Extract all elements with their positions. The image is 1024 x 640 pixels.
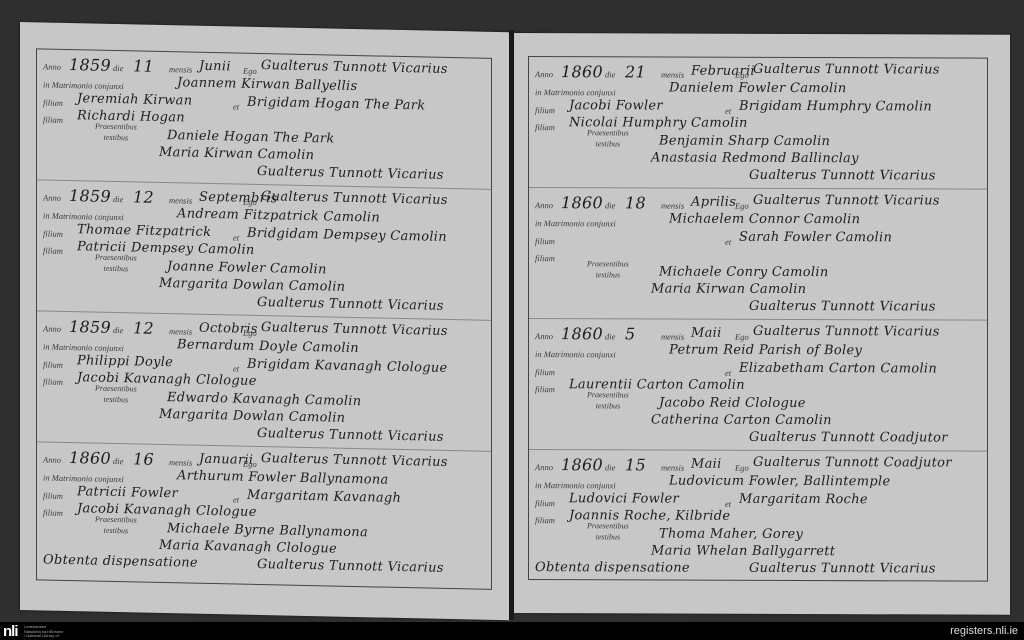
witness-1: Thoma Maher, Gorey — [659, 527, 803, 543]
in-matrimonio-label: in Matrimonio conjunxi — [535, 87, 616, 97]
groom-father: Patricii Fowler — [77, 484, 178, 501]
entry-year: 1860 — [561, 62, 603, 81]
marriage-entry: Anno 1860 die 5 mensis Maii Ego Gualteru… — [529, 319, 987, 452]
entry-month: Maii — [691, 457, 722, 472]
entry-year: 1859 — [69, 186, 111, 206]
officiating-priest: Gualterus Tunnott Vicarius — [261, 189, 448, 208]
priest-signature: Gualterus Tunnott Vicarius — [257, 557, 444, 576]
dispensation-note: Obtenta dispensatione — [535, 560, 690, 576]
ego-label: Ego — [243, 66, 257, 76]
anno-label: Anno — [535, 331, 553, 341]
entry-month: Maii — [691, 326, 722, 341]
entry-year: 1860 — [561, 324, 603, 343]
priest-signature: Gualterus Tunnott Vicarius — [749, 561, 936, 577]
entry-year: 1860 — [561, 193, 603, 212]
filium-label: filium — [43, 359, 63, 369]
et-label: et — [233, 232, 239, 242]
entry-day: 18 — [625, 193, 646, 212]
bride-name: Brigidam Humphry Camolin — [739, 99, 932, 115]
in-matrimonio-label: in Matrimonio conjunxi — [535, 480, 616, 490]
witnesses-label: Praesentibus testibus — [95, 252, 137, 275]
priest-signature: Gualterus Tunnott Vicarius — [257, 426, 444, 445]
groom-name: Ludovicum Fowler, Ballintemple — [669, 474, 891, 490]
die-label: die — [605, 331, 615, 341]
witness-1: Michaele Byrne Ballynamona — [167, 521, 368, 540]
register-image-viewer[interactable]: Anno 1859 die 11 mensis Junii Ego Gualte… — [0, 0, 1024, 622]
in-matrimonio-label: in Matrimonio conjunxi — [535, 218, 616, 228]
entry-day: 12 — [133, 318, 154, 337]
left-page-frame: Anno 1859 die 11 mensis Junii Ego Gualte… — [36, 48, 492, 590]
filiam-label: filiam — [535, 515, 555, 525]
et-label: et — [725, 368, 731, 378]
mensis-label: mensis — [661, 463, 684, 473]
in-matrimonio-label: in Matrimonio conjunxi — [535, 349, 616, 359]
witnesses-label: Praesentibus testibus — [95, 383, 137, 406]
filiam-label: filiam — [535, 384, 555, 394]
footer-bar: nli Leabharlann Náisiúnta na hÉireann / … — [0, 622, 1024, 640]
et-label: et — [233, 494, 239, 504]
witness-1: Edwardo Kavanagh Camolin — [167, 390, 361, 409]
filiam-label: filiam — [43, 114, 63, 124]
anno-label: Anno — [43, 61, 61, 71]
officiating-priest: Gualterus Tunnott Vicarius — [753, 62, 940, 78]
priest-signature: Gualterus Tunnott Vicarius — [257, 295, 444, 314]
right-page-frame: Anno 1860 die 21 mensis Februarii Ego Gu… — [528, 56, 988, 582]
groom-name: Joannem Kirwan Ballyellis — [177, 75, 357, 94]
filiam-label: filiam — [43, 376, 63, 386]
officiating-priest: Gualterus Tunnott Vicarius — [261, 451, 448, 470]
witness-2: Anastasia Redmond Ballinclay — [651, 150, 859, 166]
die-label: die — [605, 462, 615, 472]
entry-year: 1859 — [69, 317, 111, 337]
dispensation-note: Obtenta dispensatione — [43, 552, 198, 570]
die-label: die — [605, 200, 615, 210]
marriage-entry: Anno 1859 die 12 mensis Octobris Ego Gua… — [37, 311, 491, 452]
filium-label: filium — [535, 105, 555, 115]
witness-1: Benjamin Sharp Camolin — [659, 134, 830, 150]
groom-father: Philippi Doyle — [77, 353, 173, 370]
in-matrimonio-label: in Matrimonio conjunxi — [43, 341, 124, 353]
witness-2: Maria Kavanagh Clologue — [159, 538, 337, 557]
witness-1: Joanne Fowler Camolin — [167, 259, 327, 277]
bride-name: Sarah Fowler Camolin — [739, 230, 892, 246]
groom-name: Arthurum Fowler Ballynamona — [177, 468, 389, 487]
ego-label: Ego — [243, 197, 257, 207]
officiating-priest: Gualterus Tunnott Vicarius — [261, 320, 448, 339]
bride-name: Brigidam Hogan The Park — [247, 95, 425, 114]
officiating-priest: Gualterus Tunnott Vicarius — [261, 58, 448, 77]
marriage-entry: Anno 1860 die 15 mensis Maii Ego Gualter… — [529, 450, 987, 582]
bride-name: Margaritam Kavanagh — [247, 488, 401, 506]
ego-label: Ego — [243, 328, 257, 338]
bride-name: Margaritam Roche — [739, 492, 868, 507]
entry-month: Junii — [199, 59, 231, 75]
witness-2: Maria Whelan Ballygarrett — [651, 543, 835, 559]
witnesses-label: Praesentibus testibus — [587, 389, 629, 411]
ego-label: Ego — [735, 70, 749, 80]
et-label: et — [725, 499, 731, 509]
nli-logo[interactable]: nli — [3, 624, 18, 639]
ego-label: Ego — [243, 459, 257, 469]
et-label: et — [725, 237, 731, 247]
witness-2: Margarita Dowlan Camolin — [159, 276, 345, 295]
in-matrimonio-label: in Matrimonio conjunxi — [43, 472, 124, 484]
marriage-entry: Anno 1859 die 12 mensis Septembris Ego G… — [37, 180, 491, 321]
entry-day: 16 — [133, 449, 154, 468]
entry-year: 1859 — [69, 55, 111, 75]
die-label: die — [113, 63, 123, 73]
mensis-label: mensis — [169, 326, 192, 336]
priest-signature: Gualterus Tunnott Coadjutor — [749, 430, 948, 446]
mensis-label: mensis — [661, 201, 684, 211]
in-matrimonio-label: in Matrimonio conjunxi — [43, 210, 124, 222]
et-label: et — [725, 106, 731, 116]
groom-name: Bernardum Doyle Camolin — [177, 337, 359, 356]
entry-day: 11 — [133, 56, 154, 75]
priest-signature: Gualterus Tunnott Vicarius — [749, 299, 936, 315]
witness-1: Jacobo Reid Clologue — [659, 396, 806, 412]
witnesses-label: Praesentibus testibus — [95, 514, 137, 537]
witness-1: Daniele Hogan The Park — [167, 128, 335, 147]
anno-label: Anno — [535, 462, 553, 472]
groom-name: Michaelem Connor Camolin — [669, 212, 860, 228]
witness-2: Maria Kirwan Camolin — [159, 145, 314, 163]
marriage-entry: Anno 1860 die 21 mensis Februarii Ego Gu… — [529, 57, 987, 190]
et-label: et — [233, 101, 239, 111]
filium-label: filium — [43, 228, 63, 238]
witnesses-label: Praesentibus testibus — [95, 121, 137, 144]
et-label: et — [233, 363, 239, 373]
left-register-page: Anno 1859 die 11 mensis Junii Ego Gualte… — [20, 22, 510, 620]
site-link[interactable]: registers.nli.ie — [950, 625, 1018, 637]
entry-year: 1860 — [69, 448, 111, 468]
witnesses-label: Praesentibus testibus — [587, 520, 629, 542]
officiating-priest: Gualterus Tunnott Vicarius — [753, 324, 940, 340]
die-label: die — [113, 194, 123, 204]
mensis-label: mensis — [661, 332, 684, 342]
groom-name: Petrum Reid Parish of Boley — [669, 343, 862, 359]
bride-name: Brigidam Kavanagh Clologue — [247, 357, 448, 376]
marriage-entry: Anno 1860 die 16 mensis Januarii Ego Gua… — [37, 442, 491, 582]
ego-label: Ego — [735, 201, 749, 211]
groom-name: Danielem Fowler Camolin — [669, 81, 847, 97]
anno-label: Anno — [43, 323, 61, 333]
filiam-label: filiam — [43, 507, 63, 517]
bride-name: Bridgidam Dempsey Camolin — [247, 226, 447, 245]
in-matrimonio-label: in Matrimonio conjunxi — [43, 79, 124, 91]
entry-day: 12 — [133, 187, 154, 206]
nli-logo-subtitle: Leabharlann Náisiúnta na hÉireann / Nati… — [24, 625, 64, 640]
die-label: die — [113, 456, 123, 466]
die-label: die — [605, 69, 615, 79]
mensis-label: mensis — [661, 70, 684, 80]
anno-label: Anno — [535, 69, 553, 79]
anno-label: Anno — [43, 454, 61, 464]
entry-day: 5 — [625, 324, 635, 343]
officiating-priest: Gualterus Tunnott Vicarius — [753, 193, 940, 209]
marriage-entry: Anno 1859 die 11 mensis Junii Ego Gualte… — [37, 49, 491, 190]
filiam-label: filiam — [43, 245, 63, 255]
die-label: die — [113, 325, 123, 335]
anno-label: Anno — [535, 200, 553, 210]
anno-label: Anno — [43, 192, 61, 202]
filium-label: filium — [43, 490, 63, 500]
groom-father: Jeremiah Kirwan — [77, 91, 192, 108]
entry-year: 1860 — [561, 455, 603, 474]
marriage-entry: Anno 1860 die 18 mensis Aprilis Ego Gual… — [529, 188, 987, 321]
groom-father: Jacobi Fowler — [569, 98, 663, 113]
filiam-label: filiam — [535, 122, 555, 132]
bride-name: Elizabetham Carton Camolin — [739, 361, 937, 377]
priest-signature: Gualterus Tunnott Vicarius — [749, 168, 936, 184]
ego-label: Ego — [735, 332, 749, 342]
filium-label: filium — [535, 367, 555, 377]
groom-father: Ludovici Fowler — [569, 491, 679, 506]
witness-2: Maria Kirwan Camolin — [651, 281, 806, 297]
officiating-priest: Gualterus Tunnott Coadjutor — [753, 455, 952, 471]
entry-day: 21 — [625, 62, 646, 81]
filiam-label: filiam — [535, 253, 555, 263]
groom-name: Andream Fitzpatrick Camolin — [177, 206, 380, 225]
entry-month: Aprilis — [691, 195, 736, 210]
witness-2: Catherina Carton Camolin — [651, 412, 832, 428]
priest-signature: Gualterus Tunnott Vicarius — [257, 164, 444, 183]
mensis-label: mensis — [169, 195, 192, 205]
ego-label: Ego — [735, 463, 749, 473]
witnesses-label: Praesentibus testibus — [587, 127, 629, 149]
groom-father: Thomae Fitzpatrick — [77, 222, 211, 240]
entry-day: 15 — [625, 455, 646, 474]
mensis-label: mensis — [169, 64, 192, 74]
witness-1: Michaele Conry Camolin — [659, 265, 829, 281]
witnesses-label: Praesentibus testibus — [587, 258, 629, 280]
filium-label: filium — [535, 498, 555, 508]
right-register-page: Anno 1860 die 21 mensis Februarii Ego Gu… — [514, 33, 1010, 615]
mensis-label: mensis — [169, 457, 192, 467]
filium-label: filium — [43, 97, 63, 107]
witness-2: Margarita Dowlan Camolin — [159, 407, 345, 426]
filium-label: filium — [535, 236, 555, 246]
